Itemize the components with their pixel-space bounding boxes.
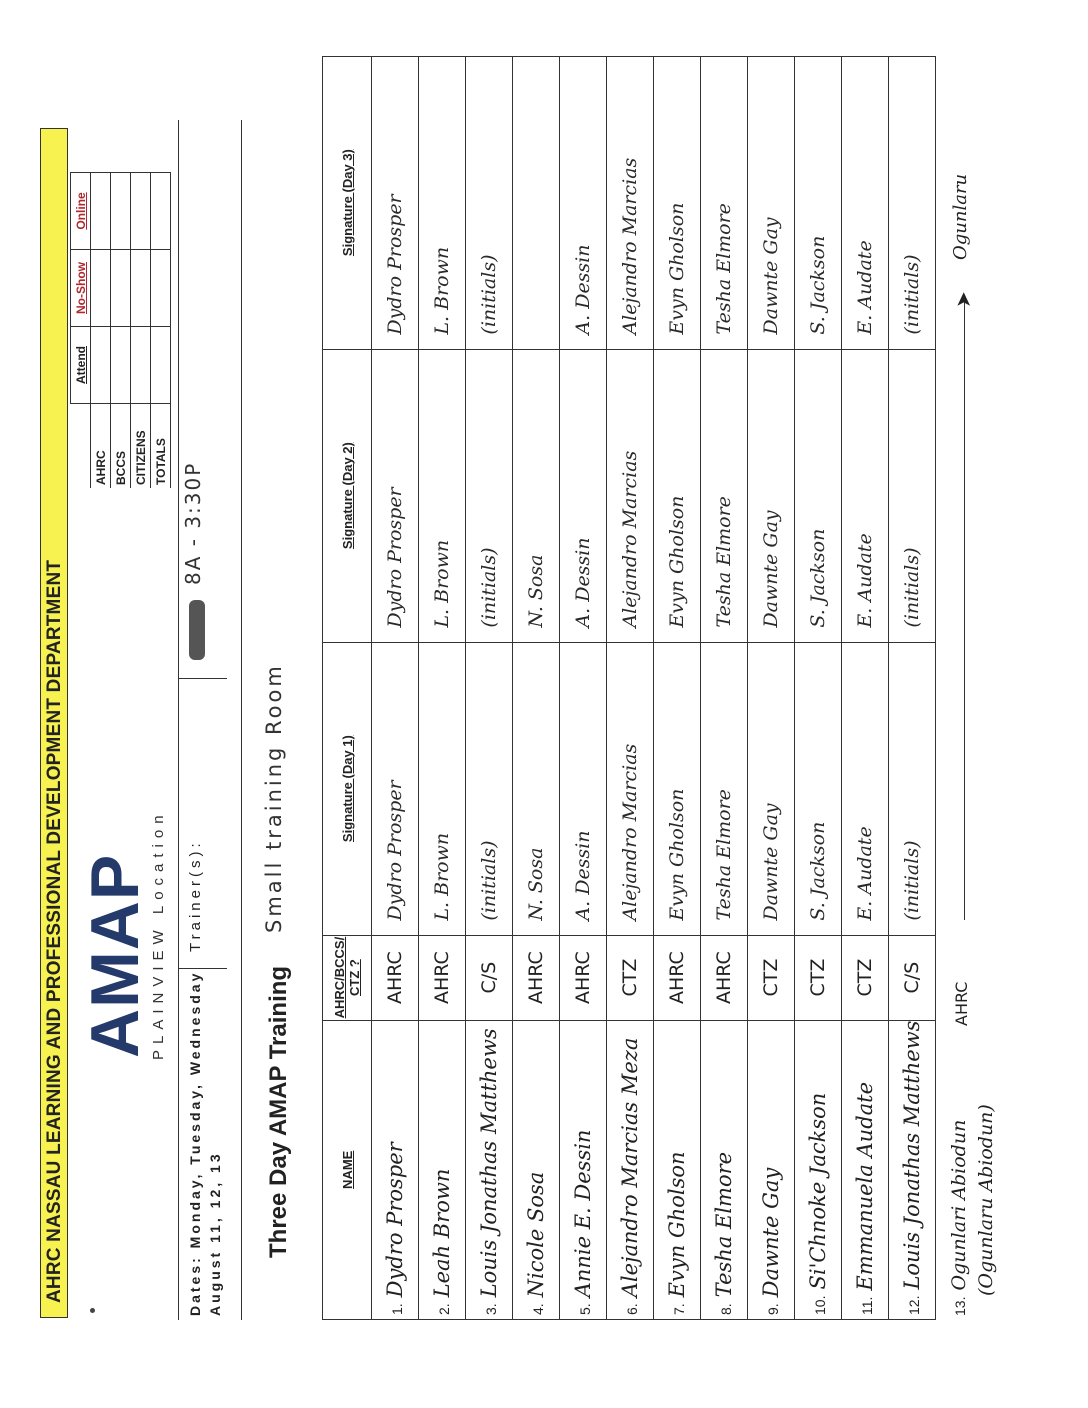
course-title: Three Day AMAP Training [265,966,293,1258]
program-title: AMAP [76,854,154,1058]
dates-box: Dates: Monday, Tuesday, Wednesday August… [179,968,227,1320]
scan-speck [90,1308,95,1313]
table-row: 7.Evyn GholsonAHRCEvyn GholsonEvyn Ghols… [654,56,701,1319]
signature-day3-cell[interactable]: (initials) [889,56,936,349]
header-day2: Signature (Day 2) [323,349,372,642]
header-day3: Signature (Day 3) [323,56,372,349]
affiliation-cell[interactable]: CTZ [607,935,654,1020]
signature-day3-cell[interactable]: Tesha Elmore [701,56,748,349]
table-row: 6.Alejandro Marcias MezaCTZAlejandro Mar… [607,56,654,1319]
dates-days: Dates: Monday, Tuesday, Wednesday [185,969,205,1316]
extra-attendee-name: 13.Ogunlari Abiodun (Ogunlaru Abiodun) [946,1104,999,1320]
attendee-name-cell[interactable]: 3.Louis Jonathas Matthews [466,1020,513,1319]
row-ahrc: AHRC [91,404,111,489]
signature-day1-cell[interactable]: N. Sosa [513,642,560,935]
signature-day2-cell[interactable]: (initials) [466,349,513,642]
table-row: 11.Emmanuela AudateCTZE. AudateE. Audate… [842,56,889,1319]
signature-day1-cell[interactable]: E. Audate [842,642,889,935]
affiliation-cell[interactable]: CTZ [748,935,795,1020]
col-no-show: No-Show [71,250,91,327]
row-citizens: CITIZENS [131,404,151,489]
signature-day2-cell[interactable]: E. Audate [842,349,889,642]
signature-day1-cell[interactable]: Dydro Prosper [372,642,419,935]
affiliation-cell[interactable]: AHRC [654,935,701,1020]
signature-day3-cell[interactable]: A. Dessin [560,56,607,349]
attendee-name: Louis Jonathas Matthews [477,1028,501,1297]
cell[interactable] [111,327,131,404]
attendee-name: Louis Jonathas Matthews [900,1021,924,1290]
row-number: 11. [859,1297,875,1315]
row-totals: TOTALS [151,404,171,489]
attendee-name: Emmanuela Audate [853,1082,877,1291]
signature-day2-cell[interactable]: Dydro Prosper [372,349,419,642]
cell[interactable] [151,250,171,327]
session-time: 8A - 3:30P [181,462,205,585]
table-row: 5.Annie E. DessinAHRCA. DessinA. DessinA… [560,56,607,1319]
signature-day1-cell[interactable]: L. Brown [419,642,466,935]
table-row: 4.Nicole SosaAHRCN. SosaN. Sosa [513,56,560,1319]
scribbled-date [189,600,205,660]
affiliation-cell[interactable]: AHRC [560,935,607,1020]
signature-day3-cell[interactable]: Alejandro Marcias [607,56,654,349]
attendee-name: Dydro Prosper [383,1142,407,1297]
row-number: 10. [812,1296,828,1315]
signature-day3-cell[interactable] [513,56,560,349]
row-bccs: BCCS [111,404,131,489]
signature-day2-cell[interactable]: L. Brown [419,349,466,642]
signature-day3-cell[interactable]: Dawnte Gay [748,56,795,349]
row-number: 8. [718,1303,734,1315]
col-online: Online [71,173,91,250]
col-attend: Attend [71,327,91,404]
table-row: 1.Dydro ProsperAHRCDydro ProsperDydro Pr… [372,56,419,1319]
table-row: 12.Louis Jonathas MatthewsC/S(initials)(… [889,56,936,1319]
row-number: 6. [624,1303,640,1315]
row-number: 2. [436,1303,452,1315]
signature-day1-cell[interactable]: Tesha Elmore [701,642,748,935]
signature-day2-cell[interactable]: Dawnte Gay [748,349,795,642]
row-number: 1. [389,1303,405,1315]
signature-day3-cell[interactable]: Evyn Gholson [654,56,701,349]
attendance-summary-table: Attend No-Show Online AHRC BCCS CITIZENS… [70,172,171,488]
affiliation-cell[interactable]: CTZ [842,935,889,1020]
cell[interactable] [111,173,131,250]
cell[interactable] [131,250,151,327]
affiliation-cell[interactable]: AHRC [419,935,466,1020]
signature-day2-cell[interactable]: N. Sosa [513,349,560,642]
arrow-line [964,300,965,920]
row-number: 4. [530,1303,546,1315]
handwritten-extra-row: 13.Ogunlari Abiodun (Ogunlaru Abiodun) A… [946,120,1004,1320]
room-note: Small training Room [262,663,286,933]
affiliation-cell[interactable]: CTZ [795,935,842,1020]
attendee-name-cell[interactable]: 8.Tesha Elmore [701,1020,748,1319]
signature-day2-cell[interactable]: Tesha Elmore [701,349,748,642]
attendee-name-cell[interactable]: 1.Dydro Prosper [372,1020,419,1319]
affiliation-cell[interactable]: C/S [466,935,513,1020]
attendee-name-cell[interactable]: 10.Si'Chnoke Jackson [795,1020,842,1319]
signature-day3-cell[interactable]: S. Jackson [795,56,842,349]
attendee-name: Annie E. Dessin [571,1130,595,1298]
table-row: 9.Dawnte GayCTZDawnte GayDawnte GayDawnt… [748,56,795,1319]
affiliation-cell[interactable]: C/S [889,935,936,1020]
attendee-name-cell[interactable]: 11.Emmanuela Audate [842,1020,889,1319]
attendee-name: Leah Brown [430,1169,454,1298]
attendee-name: Tesha Elmore [712,1152,736,1297]
cell[interactable] [131,173,151,250]
cell[interactable] [91,173,111,250]
signature-day2-cell[interactable]: Evyn Gholson [654,349,701,642]
signature-day2-cell[interactable]: Alejandro Marcias [607,349,654,642]
signature-day3-cell[interactable]: E. Audate [842,56,889,349]
cell[interactable] [91,250,111,327]
affiliation-cell[interactable]: AHRC [372,935,419,1020]
extra-attendee-signature: Ogunlaru [950,174,971,260]
table-row: 3.Louis Jonathas MatthewsC/S(initials)(i… [466,56,513,1319]
row-number: 12. [906,1296,922,1315]
department-banner: AHRC NASSAU LEARNING AND PROFESSIONAL DE… [40,128,68,1318]
row-number: 5. [577,1303,593,1315]
signature-day1-cell[interactable]: A. Dessin [560,642,607,935]
extra-attendee-affiliation: AHRC [952,982,971,1026]
cell[interactable] [131,327,151,404]
attendee-name-cell[interactable]: 12.Louis Jonathas Matthews [889,1020,936,1319]
signature-day1-cell[interactable]: Evyn Gholson [654,642,701,935]
table-row: 8.Tesha ElmoreAHRCTesha ElmoreTesha Elmo… [701,56,748,1319]
attendee-name: Alejandro Marcias Meza [618,1038,642,1298]
signature-day2-cell[interactable]: A. Dessin [560,349,607,642]
header-name: NAME [323,1020,372,1319]
signature-day1-cell[interactable]: (initials) [466,642,513,935]
cell[interactable] [111,250,131,327]
roster-table: NAME AHRC/BCCS/ CTZ ? Signature (Day 1) … [322,56,936,1320]
attendee-name-cell[interactable]: 5.Annie E. Dessin [560,1020,607,1319]
signature-day1-cell[interactable]: (initials) [889,642,936,935]
location-label: PLAINVIEW Location [150,809,167,1060]
table-row: 2.Leah BrownAHRCL. BrownL. BrownL. Brown [419,56,466,1319]
affiliation-cell[interactable]: AHRC [513,935,560,1020]
signature-day2-cell[interactable]: (initials) [889,349,936,642]
signature-day2-cell[interactable]: S. Jackson [795,349,842,642]
header-affiliation: AHRC/BCCS/ CTZ ? [323,935,372,1020]
table-row: 10.Si'Chnoke JacksonCTZS. JacksonS. Jack… [795,56,842,1319]
attendee-name-cell[interactable]: 9.Dawnte Gay [748,1020,795,1319]
cell[interactable] [151,327,171,404]
attendee-name-cell[interactable]: 4.Nicole Sosa [513,1020,560,1319]
attendee-name-cell[interactable]: 6.Alejandro Marcias Meza [607,1020,654,1319]
attendee-name: Nicole Sosa [524,1172,548,1298]
signature-day1-cell[interactable]: Dawnte Gay [748,642,795,935]
attendee-name-cell[interactable]: 2.Leah Brown [419,1020,466,1319]
attendee-name: Si'Chnoke Jackson [806,1093,830,1290]
signature-day1-cell[interactable]: S. Jackson [795,642,842,935]
attendee-name-cell[interactable]: 7.Evyn Gholson [654,1020,701,1319]
signature-day3-cell[interactable]: Dydro Prosper [372,56,419,349]
affiliation-cell[interactable]: AHRC [701,935,748,1020]
sign-in-sheet: AHRC NASSAU LEARNING AND PROFESSIONAL DE… [0,0,1088,1408]
row-number: 3. [483,1303,499,1315]
cell[interactable] [91,327,111,404]
cell[interactable] [151,173,171,250]
arrow-right-icon: ➤ [956,291,972,308]
row-number: 9. [765,1303,781,1315]
attendee-name: Dawnte Gay [759,1168,783,1298]
signature-day3-cell[interactable]: (initials) [466,56,513,349]
header-day1: Signature (Day 1) [323,642,372,935]
signature-day1-cell[interactable]: Alejandro Marcias [607,642,654,935]
trainer-field[interactable]: Trainer(s): [179,678,227,968]
attendee-name: Evyn Gholson [665,1151,689,1297]
dates-numbers: August 11, 12, 13 [205,969,225,1316]
signature-day3-cell[interactable]: L. Brown [419,56,466,349]
session-info-row: Dates: Monday, Tuesday, Wednesday August… [178,120,242,1320]
row-number: 7. [671,1303,687,1315]
